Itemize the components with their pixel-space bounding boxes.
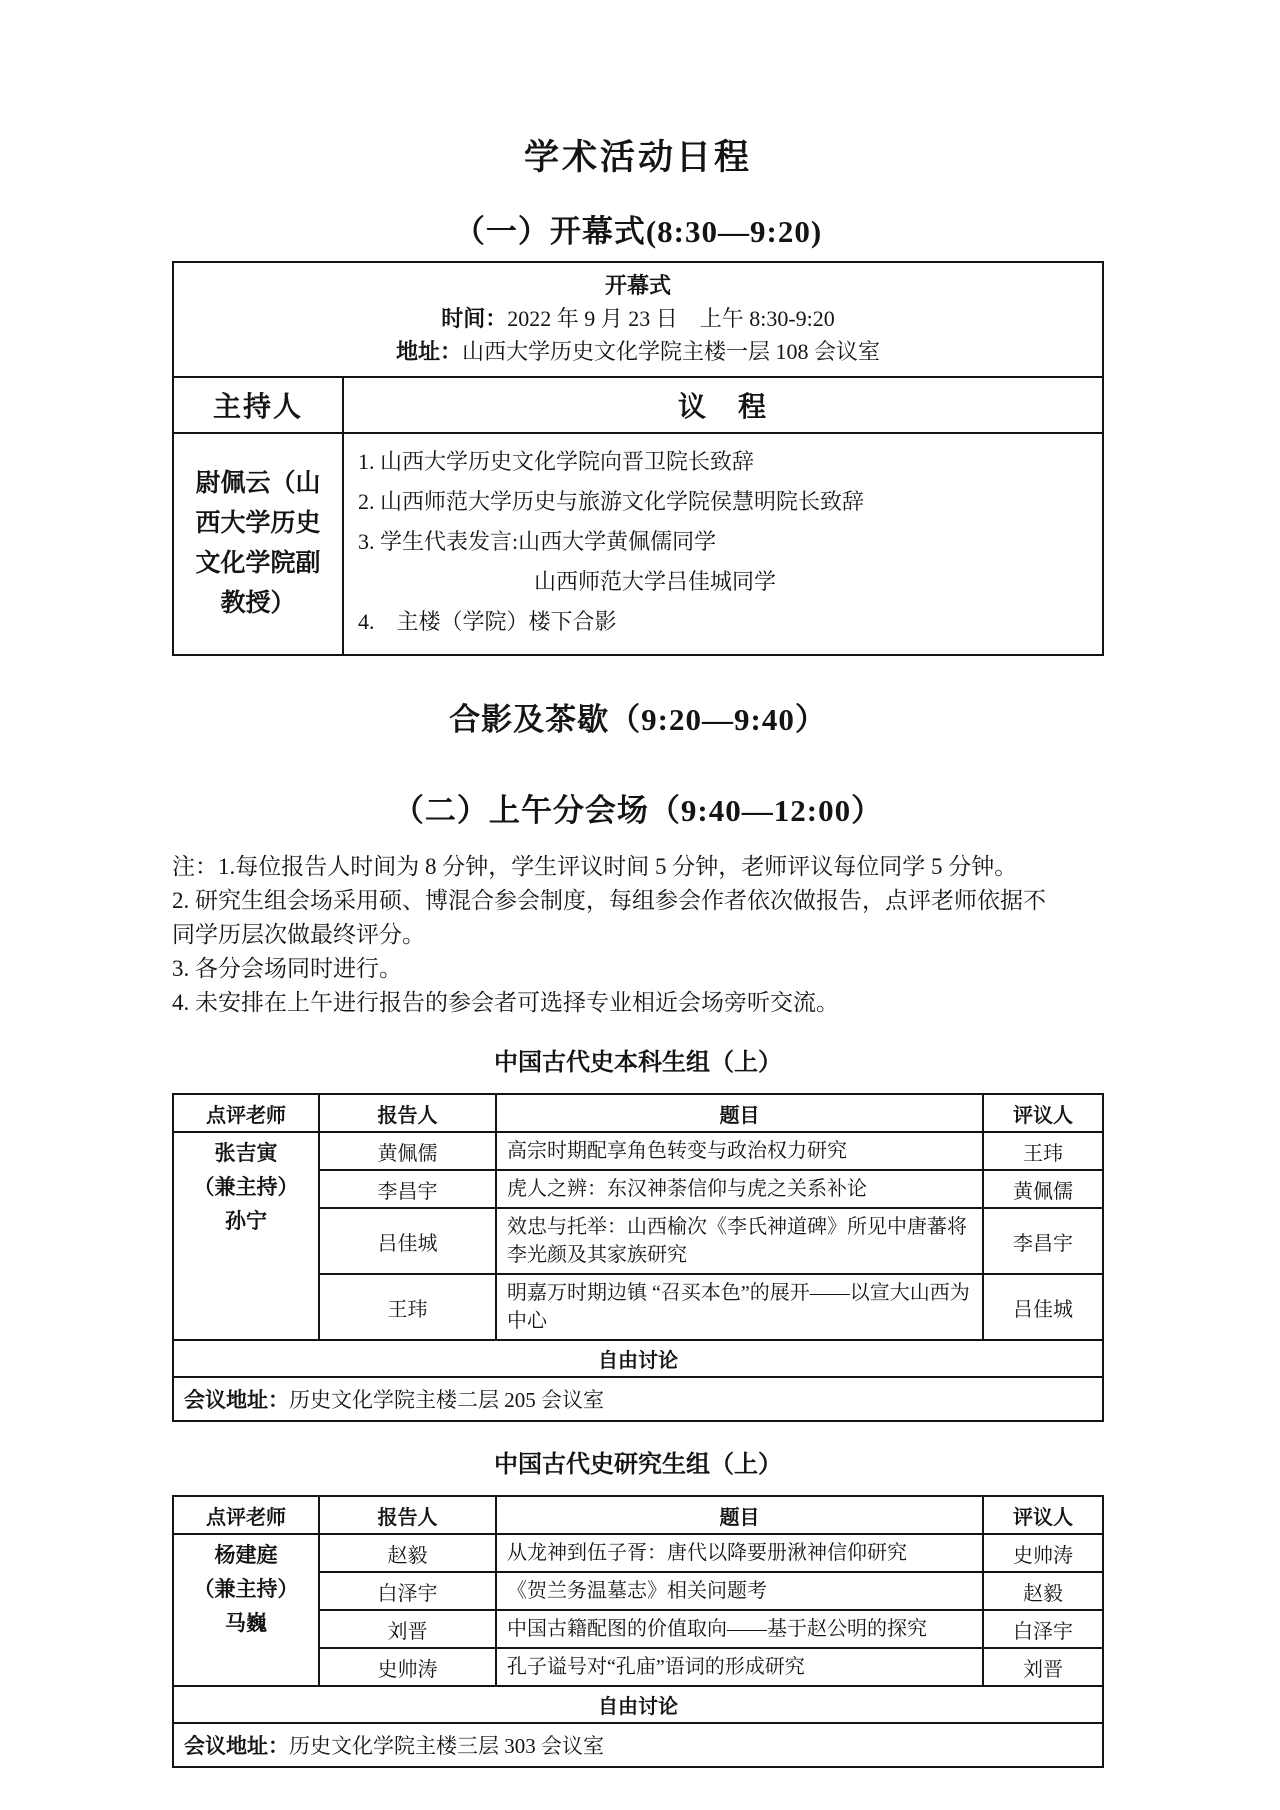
- session-heading-graduate: 中国古代史研究生组（上）: [172, 1444, 1104, 1479]
- page-title: 学术活动日程: [172, 0, 1104, 180]
- commenter-name: 张吉寅: [182, 1136, 310, 1170]
- presenter-cell: 白泽宇: [319, 1572, 496, 1610]
- host-header-cell: 主持人: [173, 377, 343, 433]
- paper-title-cell: 从龙神到伍子胥：唐代以降要册湫神信仰研究: [496, 1534, 983, 1572]
- venue-label: 会议地址：: [184, 1734, 289, 1758]
- presenter-header: 报告人: [319, 1094, 496, 1132]
- paper-title-cell: 中国古籍配图的价值取向——基于赵公明的探究: [496, 1610, 983, 1648]
- agenda-cell: 1. 山西大学历史文化学院向晋卫院长致辞 2. 山西师范大学历史与旅游文化学院侯…: [343, 433, 1103, 655]
- commenter-header: 点评老师: [173, 1496, 319, 1534]
- commenter-role: （兼主持）: [182, 1572, 310, 1606]
- table-header-row: 点评老师 报告人 题目 评议人: [173, 1496, 1103, 1534]
- presenter-cell: 吕佳城: [319, 1208, 496, 1274]
- presenter-cell: 王玮: [319, 1274, 496, 1340]
- document-content: 学术活动日程 （一）开幕式(8:30—9:20) 开幕式 时间：2022 年 9…: [172, 0, 1104, 1768]
- note-item: 注：1.每位报告人时间为 8 分钟，学生评议时间 5 分钟，老师评议每位同学 5…: [172, 850, 1056, 884]
- title-header: 题目: [496, 1496, 983, 1534]
- table-row: 会议地址：历史文化学院主楼三层 303 会议室: [173, 1723, 1103, 1767]
- commenter-name: 孙宁: [182, 1204, 310, 1238]
- paper-title-cell: 明嘉万时期边镇 “召买本色”的展开——以宣大山西为中心: [496, 1274, 983, 1340]
- presenter-cell: 赵毅: [319, 1534, 496, 1572]
- opening-time-line: 时间：2022 年 9 月 23 日 上午 8:30-9:20: [184, 302, 1092, 335]
- venue-cell: 会议地址：历史文化学院主楼二层 205 会议室: [173, 1377, 1103, 1421]
- address-value: 山西大学历史文化学院主楼一层 108 会议室: [462, 339, 880, 364]
- table-header-row: 点评老师 报告人 题目 评议人: [173, 1094, 1103, 1132]
- note-item: 4. 未安排在上午进行报告的参会者可选择专业相近会场旁听交流。: [172, 986, 1056, 1020]
- paper-title-cell: 高宗时期配享角色转变与政治权力研究: [496, 1132, 983, 1170]
- commenter-cell: 杨建庭 （兼主持） 马巍: [173, 1534, 319, 1686]
- presenter-cell: 刘晋: [319, 1610, 496, 1648]
- venue-value: 历史文化学院主楼二层 205 会议室: [289, 1388, 604, 1412]
- reviewer-cell: 吕佳城: [983, 1274, 1103, 1340]
- commenter-name: 杨建庭: [182, 1538, 310, 1572]
- reviewer-cell: 黄佩儒: [983, 1170, 1103, 1208]
- reviewer-cell: 刘晋: [983, 1648, 1103, 1686]
- table-row: 张吉寅 （兼主持） 孙宁 黄佩儒 高宗时期配享角色转变与政治权力研究 王玮: [173, 1132, 1103, 1170]
- time-label: 时间：: [441, 306, 507, 331]
- free-discussion-cell: 自由讨论: [173, 1686, 1103, 1723]
- agenda-item: 4. 主楼（学院）楼下合影: [358, 602, 1088, 642]
- reviewer-header: 评议人: [983, 1094, 1103, 1132]
- agenda-item: 1. 山西大学历史文化学院向晋卫院长致辞: [358, 442, 1088, 482]
- address-label: 地址：: [396, 339, 462, 364]
- reviewer-cell: 史帅涛: [983, 1534, 1103, 1572]
- undergraduate-session-table: 点评老师 报告人 题目 评议人 张吉寅 （兼主持） 孙宁 黄佩儒 高宗时期配享角…: [172, 1093, 1104, 1422]
- table-row: 杨建庭 （兼主持） 马巍 赵毅 从龙神到伍子胥：唐代以降要册湫神信仰研究 史帅涛: [173, 1534, 1103, 1572]
- presenter-header: 报告人: [319, 1496, 496, 1534]
- table-row: 自由讨论: [173, 1686, 1103, 1723]
- commenter-role: （兼主持）: [182, 1170, 310, 1204]
- paper-title-cell: 效忠与托举：山西榆次《李氏神道碑》所见中唐蕃将李光颜及其家族研究: [496, 1208, 983, 1274]
- presenter-cell: 李昌宇: [319, 1170, 496, 1208]
- reviewer-cell: 李昌宇: [983, 1208, 1103, 1274]
- agenda-header-cell: 议 程: [343, 377, 1103, 433]
- reviewer-cell: 白泽宇: [983, 1610, 1103, 1648]
- venue-value: 历史文化学院主楼三层 303 会议室: [289, 1734, 604, 1758]
- morning-sessions-heading: （二）上午分会场（9:40—12:00）: [172, 785, 1104, 830]
- agenda-item: 山西师范大学吕佳城同学: [358, 562, 1088, 602]
- presenter-cell: 黄佩儒: [319, 1132, 496, 1170]
- commenter-name: 马巍: [182, 1606, 310, 1640]
- venue-label: 会议地址：: [184, 1388, 289, 1412]
- notes-block: 注：1.每位报告人时间为 8 分钟，学生评议时间 5 分钟，老师评议每位同学 5…: [172, 850, 1056, 1020]
- table-row: 会议地址：历史文化学院主楼二层 205 会议室: [173, 1377, 1103, 1421]
- time-value: 2022 年 9 月 23 日 上午 8:30-9:20: [507, 306, 835, 331]
- agenda-item: 2. 山西师范大学历史与旅游文化学院侯慧明院长致辞: [358, 482, 1088, 522]
- document-page: 学术活动日程 （一）开幕式(8:30—9:20) 开幕式 时间：2022 年 9…: [0, 0, 1280, 1810]
- commenter-cell: 张吉寅 （兼主持） 孙宁: [173, 1132, 319, 1340]
- opening-ceremony-table: 开幕式 时间：2022 年 9 月 23 日 上午 8:30-9:20 地址：山…: [172, 261, 1104, 656]
- reviewer-cell: 王玮: [983, 1132, 1103, 1170]
- graduate-session-table: 点评老师 报告人 题目 评议人 杨建庭 （兼主持） 马巍 赵毅 从龙神到伍子胥：…: [172, 1495, 1104, 1768]
- opening-table-caption: 开幕式: [184, 269, 1092, 302]
- paper-title-cell: 孔子谥号对“孔庙”语词的形成研究: [496, 1648, 983, 1686]
- table-row: 自由讨论: [173, 1340, 1103, 1377]
- reviewer-header: 评议人: [983, 1496, 1103, 1534]
- free-discussion-cell: 自由讨论: [173, 1340, 1103, 1377]
- paper-title-cell: 《贺兰务温墓志》相关问题考: [496, 1572, 983, 1610]
- paper-title-cell: 虎人之辨：东汉神荼信仰与虎之关系补论: [496, 1170, 983, 1208]
- table-row: 主持人 议 程: [173, 377, 1103, 433]
- opening-info-cell: 开幕式 时间：2022 年 9 月 23 日 上午 8:30-9:20 地址：山…: [173, 262, 1103, 377]
- venue-cell: 会议地址：历史文化学院主楼三层 303 会议室: [173, 1723, 1103, 1767]
- commenter-header: 点评老师: [173, 1094, 319, 1132]
- photo-break-heading: 合影及茶歇（9:20—9:40）: [172, 694, 1104, 739]
- opening-ceremony-heading: （一）开幕式(8:30—9:20): [172, 206, 1104, 251]
- note-item: 3. 各分会场同时进行。: [172, 952, 1056, 986]
- note-item: 2. 研究生组会场采用硕、博混合参会制度，每组参会作者依次做报告，点评老师依据不…: [172, 884, 1056, 952]
- presenter-cell: 史帅涛: [319, 1648, 496, 1686]
- table-row: 尉佩云（山西大学历史文化学院副教授） 1. 山西大学历史文化学院向晋卫院长致辞 …: [173, 433, 1103, 655]
- session-heading-undergraduate: 中国古代史本科生组（上）: [172, 1042, 1104, 1077]
- table-row: 开幕式 时间：2022 年 9 月 23 日 上午 8:30-9:20 地址：山…: [173, 262, 1103, 377]
- agenda-item: 3. 学生代表发言:山西大学黄佩儒同学: [358, 522, 1088, 562]
- title-header: 题目: [496, 1094, 983, 1132]
- reviewer-cell: 赵毅: [983, 1572, 1103, 1610]
- opening-address-line: 地址：山西大学历史文化学院主楼一层 108 会议室: [184, 335, 1092, 368]
- host-name-cell: 尉佩云（山西大学历史文化学院副教授）: [173, 433, 343, 655]
